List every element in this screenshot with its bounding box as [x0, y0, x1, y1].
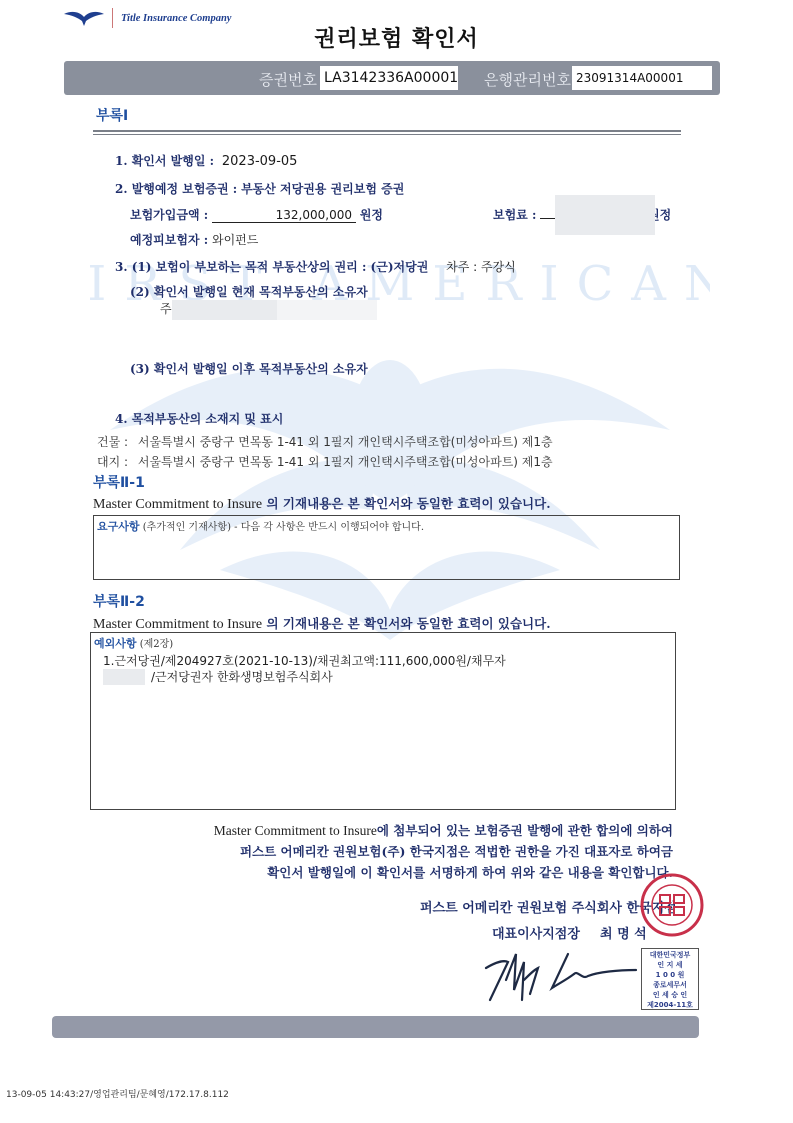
- requirements-title: 요구사항: [97, 520, 140, 533]
- exception-item: 1.근저당권/제204927호(2021-10-13)/채권최고액:111,60…: [103, 653, 675, 669]
- exceptions-subtitle: (제2장): [140, 639, 174, 650]
- revenue-stamp: 대한민국정부 인 지 세 1 0 0 원 종로세무서 인 세 승 인 제2004…: [641, 948, 699, 1010]
- appendix-2-2-statement: Master Commitment to Insure 의 기재내용은 본 확인…: [93, 614, 551, 633]
- exceptions-title: 예외사항: [94, 637, 137, 650]
- closing-line-3: 확인서 발행일에 이 확인서를 서명하게 하여 위와 같은 내용을 확인합니다.: [150, 862, 673, 883]
- issue-date-value: 2023-09-05: [222, 154, 298, 169]
- company-seal-icon: [640, 873, 704, 937]
- certificate-no-field: LA3142336A00001: [320, 66, 458, 90]
- company-name: 퍼스트 어메리칸 권원보험 주식회사 한국지점: [420, 897, 677, 916]
- closing-line-2: 퍼스트 어메리칸 권원보험(주) 한국지점은 적법한 권한을 가진 대표자로 하…: [150, 841, 673, 862]
- signature: [478, 940, 638, 1010]
- rights-row: 3. (1) 보험이 부보하는 목적 부동산상의 권리 : (근)저당권 차주 …: [115, 258, 516, 275]
- appendix-2-1-heading: 부록Ⅱ-1: [93, 472, 145, 492]
- issue-date-label: 1. 확인서 발행일 :: [115, 154, 214, 168]
- appendix-2-1-statement: Master Commitment to Insure 의 기재내용은 본 확인…: [93, 494, 551, 513]
- insured-amount-label: 보험가입금액 :: [130, 208, 208, 222]
- requirements-subtitle: (추가적인 기재사항) - 다음 각 사항은 반드시 이행되어야 합니다.: [143, 522, 424, 533]
- insured-party-row: 예정피보험자 : 와이펀드: [130, 231, 258, 248]
- policy-label: 2. 발행예정 보험증권 :: [115, 182, 237, 196]
- borrower-value: 차주 : 주강식: [446, 260, 516, 274]
- land-row: 대지 : 서울특별시 중랑구 면목동 1-41 외 1필지 개인택시주택조합(미…: [97, 453, 553, 470]
- insured-amount-row: 보험가입금액 : 132,000,000 원정: [130, 206, 383, 223]
- owner-current-label: (2) 확인서 발행일 현재 목적부동산의 소유자: [130, 283, 368, 300]
- closing-statement: Master Commitment to Insure에 첨부되어 있는 보험증…: [150, 820, 673, 883]
- number-bar: 증권번호 LA3142336A00001 은행관리번호 23091314A000…: [64, 61, 720, 95]
- bank-ref-label: 은행관리번호: [484, 69, 571, 90]
- insured-party-value: 와이펀드: [212, 233, 258, 247]
- property-label: 4. 목적부동산의 소재지 및 표시: [115, 410, 283, 427]
- exceptions-list: 1.근저당권/제204927호(2021-10-13)/채권최고액:111,60…: [91, 653, 675, 685]
- exception-item-continued: /근저당권자 한화생명보험주식회사: [103, 669, 675, 685]
- appendix-1-heading: 부록Ⅰ: [96, 105, 128, 125]
- land-label: 대지 :: [97, 455, 128, 469]
- rights-label: 3. (1) 보험이 부보하는 목적 부동산상의 권리 : (근)저당권: [115, 260, 428, 274]
- appendix-2-2-heading: 부록Ⅱ-2: [93, 591, 145, 611]
- insured-amount-value: 132,000,000: [212, 208, 356, 223]
- section-rule: [93, 130, 681, 135]
- redacted-owner-2: [277, 300, 377, 320]
- owner-current-value: 주: [160, 300, 172, 317]
- print-info: 13-09-05 14:43:27/영업관리팀/문혜영/172.17.8.112: [6, 1087, 229, 1100]
- document-title: 권리보험 확인서: [0, 22, 793, 53]
- bank-ref-field: 23091314A00001: [572, 66, 712, 90]
- owner-after-label: (3) 확인서 발행일 이후 목적부동산의 소유자: [130, 360, 368, 377]
- redacted-premium: [555, 195, 655, 235]
- requirements-box: 요구사항 (추가적인 기재사항) - 다음 각 사항은 반드시 이행되어야 합니…: [93, 515, 680, 580]
- closing-line-1: Master Commitment to Insure에 첨부되어 있는 보험증…: [150, 820, 673, 841]
- certificate-no-label: 증권번호: [259, 69, 317, 90]
- building-row: 건물 : 서울특별시 중랑구 면목동 1-41 외 1필지 개인택시주택조합(미…: [97, 433, 553, 450]
- exceptions-box: 예외사항 (제2장) 1.근저당권/제204927호(2021-10-13)/채…: [90, 632, 676, 810]
- won-suffix: 원정: [360, 208, 383, 222]
- redacted-debtor: [103, 669, 145, 685]
- redacted-owner: [172, 300, 277, 320]
- building-label: 건물 :: [97, 435, 128, 449]
- bottom-bar: [52, 1016, 699, 1038]
- building-value: 서울특별시 중랑구 면목동 1-41 외 1필지 개인택시주택조합(미성아파트)…: [138, 435, 553, 449]
- insured-party-label: 예정피보험자 :: [130, 233, 208, 247]
- premium-label: 보험료 :: [493, 208, 536, 222]
- policy-row: 2. 발행예정 보험증권 : 부동산 저당권용 권리보험 증권: [115, 180, 404, 197]
- policy-value: 부동산 저당권용 권리보험 증권: [241, 182, 404, 196]
- issue-date-row: 1. 확인서 발행일 : 2023-09-05: [115, 152, 297, 169]
- land-value: 서울특별시 중랑구 면목동 1-41 외 1필지 개인택시주택조합(미성아파트)…: [138, 455, 553, 469]
